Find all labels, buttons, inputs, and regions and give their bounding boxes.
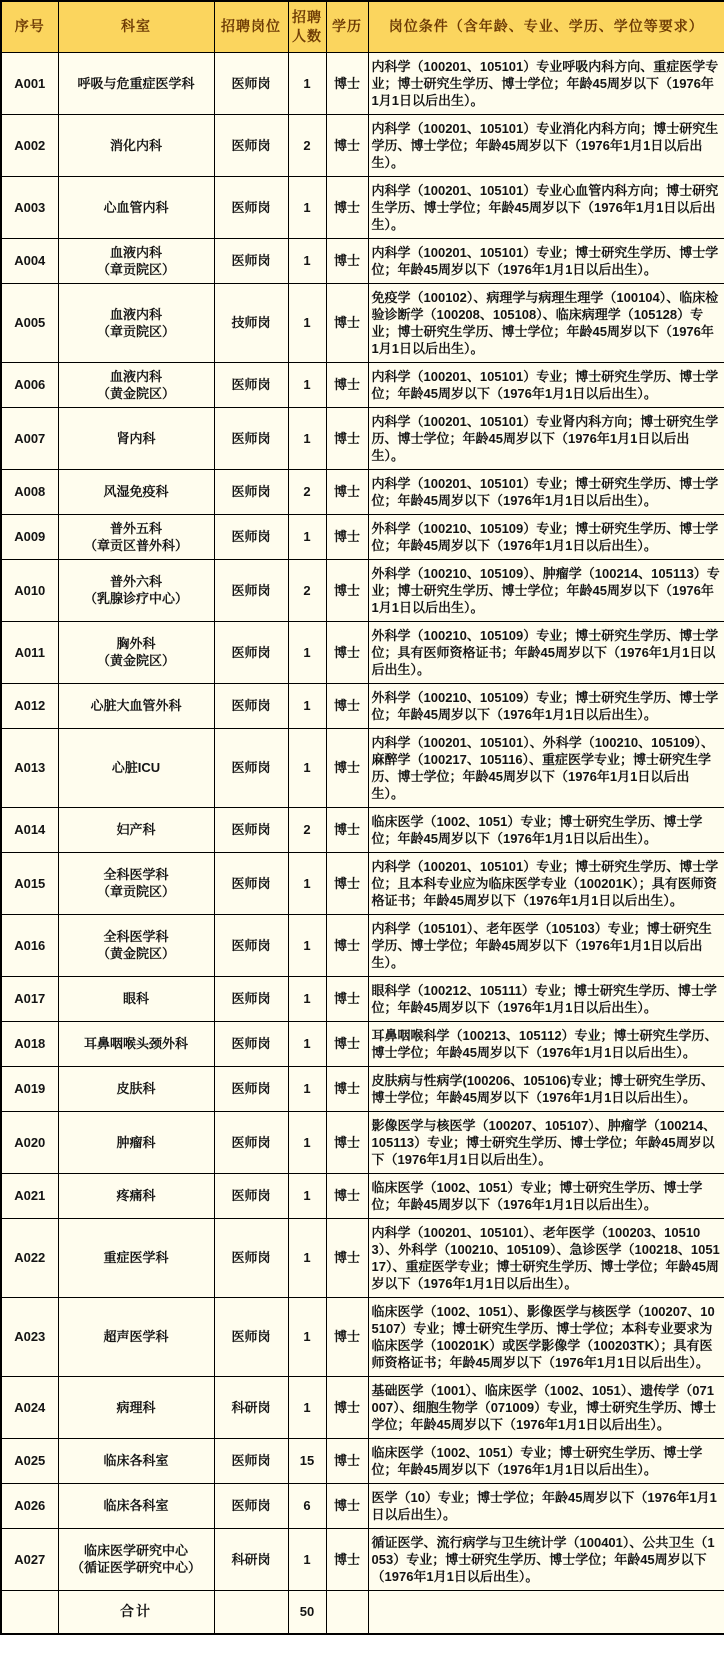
total-serial-cell (1, 1590, 58, 1634)
table-row: A018 耳鼻咽喉头颈外科 医师岗 1 博士 耳鼻咽喉科学（100213、105… (1, 1021, 724, 1066)
cell-serial: A022 (1, 1218, 58, 1297)
cell-department: 血液内科 （章贡院区） (58, 238, 214, 283)
cell-serial: A027 (1, 1528, 58, 1590)
cell-count: 2 (288, 114, 326, 176)
cell-count: 1 (288, 1528, 326, 1590)
table-row: A027 临床医学研究中心 （循证医学研究中心） 科研岗 1 博士 循证医学、流… (1, 1528, 724, 1590)
cell-count: 2 (288, 469, 326, 514)
cell-degree: 博士 (326, 976, 368, 1021)
table-row: A020 肿瘤科 医师岗 1 博士 影像医学与核医学（100207、105107… (1, 1111, 724, 1173)
cell-degree: 博士 (326, 621, 368, 683)
cell-requirements: 皮肤病与性病学(100206、105106)专业；博士研究生学历、博士学位；年龄… (368, 1066, 724, 1111)
cell-count: 1 (288, 683, 326, 728)
cell-serial: A016 (1, 914, 58, 976)
cell-requirements: 临床医学（1002、1051）专业；博士研究生学历、博士学位；年龄45周岁以下（… (368, 1438, 724, 1483)
cell-department: 临床各科室 (58, 1483, 214, 1528)
table-row: A019 皮肤科 医师岗 1 博士 皮肤病与性病学(100206、105106)… (1, 1066, 724, 1111)
cell-requirements: 影像医学与核医学（100207、105107）、肿瘤学（100214、10511… (368, 1111, 724, 1173)
cell-post: 医师岗 (214, 514, 288, 559)
cell-serial: A024 (1, 1376, 58, 1438)
total-degree-cell (326, 1590, 368, 1634)
cell-department: 心血管内科 (58, 176, 214, 238)
cell-count: 1 (288, 362, 326, 407)
cell-degree: 博士 (326, 728, 368, 807)
header-serial: 序号 (1, 1, 58, 52)
cell-requirements: 外科学（100210、105109）、肿瘤学（100214、105113）专业；… (368, 559, 724, 621)
table-row: A017 眼科 医师岗 1 博士 眼科学（100212、105111）专业；博士… (1, 976, 724, 1021)
table-row: A015 全科医学科 （章贡院区） 医师岗 1 博士 内科学（100201、10… (1, 852, 724, 914)
table-row: A025 临床各科室 医师岗 15 博士 临床医学（1002、1051）专业；博… (1, 1438, 724, 1483)
cell-degree: 博士 (326, 176, 368, 238)
cell-requirements: 内科学（100201、105101）、老年医学（100203、105103）、外… (368, 1218, 724, 1297)
cell-count: 1 (288, 52, 326, 114)
cell-degree: 博士 (326, 683, 368, 728)
cell-post: 医师岗 (214, 407, 288, 469)
cell-post: 医师岗 (214, 1066, 288, 1111)
cell-post: 医师岗 (214, 852, 288, 914)
cell-serial: A013 (1, 728, 58, 807)
cell-requirements: 临床医学（1002、1051）专业；博士研究生学历、博士学位；年龄45周岁以下（… (368, 1173, 724, 1218)
cell-post: 医师岗 (214, 114, 288, 176)
table-row: A010 普外六科 （乳腺诊疗中心） 医师岗 2 博士 外科学（100210、1… (1, 559, 724, 621)
cell-requirements: 内科学（100201、105101）专业肾内科方向；博士研究生学历、博士学位；年… (368, 407, 724, 469)
cell-degree: 博士 (326, 362, 368, 407)
cell-department: 耳鼻咽喉头颈外科 (58, 1021, 214, 1066)
cell-serial: A005 (1, 283, 58, 362)
cell-requirements: 眼科学（100212、105111）专业；博士研究生学历、博士学位；年龄45周岁… (368, 976, 724, 1021)
cell-degree: 博士 (326, 238, 368, 283)
cell-department: 全科医学科 （章贡院区） (58, 852, 214, 914)
cell-serial: A023 (1, 1297, 58, 1376)
cell-requirements: 内科学（105101）、老年医学（105103）专业；博士研究生学历、博士学位；… (368, 914, 724, 976)
cell-serial: A007 (1, 407, 58, 469)
cell-serial: A011 (1, 621, 58, 683)
cell-degree: 博士 (326, 914, 368, 976)
cell-department: 普外六科 （乳腺诊疗中心） (58, 559, 214, 621)
cell-count: 1 (288, 1376, 326, 1438)
cell-degree: 博士 (326, 514, 368, 559)
table-row: A022 重症医学科 医师岗 1 博士 内科学（100201、105101）、老… (1, 1218, 724, 1297)
cell-department: 全科医学科 （黄金院区） (58, 914, 214, 976)
header-requirements: 岗位条件（含年龄、专业、学历、学位等要求） (368, 1, 724, 52)
cell-post: 医师岗 (214, 728, 288, 807)
recruitment-table: 序号 科室 招聘岗位 招聘人数 学历 岗位条件（含年龄、专业、学历、学位等要求）… (0, 0, 724, 1635)
cell-serial: A019 (1, 1066, 58, 1111)
cell-post: 医师岗 (214, 621, 288, 683)
cell-count: 1 (288, 1173, 326, 1218)
cell-department: 临床各科室 (58, 1438, 214, 1483)
table-row: A011 胸外科 （黄金院区） 医师岗 1 博士 外科学（100210、1051… (1, 621, 724, 683)
cell-count: 1 (288, 1021, 326, 1066)
cell-department: 心脏ICU (58, 728, 214, 807)
cell-requirements: 内科学（100201、105101）专业；博士研究生学历、博士学位；年龄45周岁… (368, 238, 724, 283)
cell-requirements: 临床医学（1002、1051）、影像医学与核医学（100207、105107）专… (368, 1297, 724, 1376)
cell-count: 6 (288, 1483, 326, 1528)
cell-degree: 博士 (326, 807, 368, 852)
header-department: 科室 (58, 1, 214, 52)
table-footer: 合计 50 (1, 1590, 724, 1634)
page: 序号 科室 招聘岗位 招聘人数 学历 岗位条件（含年龄、专业、学历、学位等要求）… (0, 0, 724, 1635)
cell-department: 消化内科 (58, 114, 214, 176)
cell-degree: 博士 (326, 469, 368, 514)
table-row: A024 病理科 科研岗 1 博士 基础医学（1001）、临床医学（1002、1… (1, 1376, 724, 1438)
table-row: A007 肾内科 医师岗 1 博士 内科学（100201、105101）专业肾内… (1, 407, 724, 469)
table-row: A023 超声医学科 医师岗 1 博士 临床医学（1002、1051）、影像医学… (1, 1297, 724, 1376)
cell-count: 1 (288, 176, 326, 238)
cell-serial: A014 (1, 807, 58, 852)
cell-post: 科研岗 (214, 1376, 288, 1438)
cell-post: 医师岗 (214, 1021, 288, 1066)
cell-degree: 博士 (326, 1297, 368, 1376)
cell-degree: 博士 (326, 1376, 368, 1438)
cell-post: 医师岗 (214, 1218, 288, 1297)
total-row: 合计 50 (1, 1590, 724, 1634)
table-body: A001 呼吸与危重症医学科 医师岗 1 博士 内科学（100201、10510… (1, 52, 724, 1590)
cell-count: 1 (288, 728, 326, 807)
cell-count: 1 (288, 1297, 326, 1376)
cell-serial: A021 (1, 1173, 58, 1218)
table-row: A003 心血管内科 医师岗 1 博士 内科学（100201、105101）专业… (1, 176, 724, 238)
cell-degree: 博士 (326, 559, 368, 621)
cell-count: 1 (288, 283, 326, 362)
cell-requirements: 内科学（100201、105101）专业；博士研究生学历、博士学位；年龄45周岁… (368, 469, 724, 514)
cell-post: 技师岗 (214, 283, 288, 362)
cell-post: 医师岗 (214, 362, 288, 407)
cell-serial: A026 (1, 1483, 58, 1528)
table-row: A021 疼痛科 医师岗 1 博士 临床医学（1002、1051）专业；博士研究… (1, 1173, 724, 1218)
cell-post: 医师岗 (214, 469, 288, 514)
table-row: A009 普外五科 （章贡区普外科） 医师岗 1 博士 外科学（100210、1… (1, 514, 724, 559)
cell-serial: A009 (1, 514, 58, 559)
cell-serial: A010 (1, 559, 58, 621)
cell-department: 超声医学科 (58, 1297, 214, 1376)
table-row: A002 消化内科 医师岗 2 博士 内科学（100201、105101）专业消… (1, 114, 724, 176)
cell-department: 风湿免疫科 (58, 469, 214, 514)
cell-serial: A003 (1, 176, 58, 238)
cell-count: 1 (288, 976, 326, 1021)
cell-degree: 博士 (326, 1021, 368, 1066)
cell-requirements: 内科学（100201、105101）、外科学（100210、105109）、麻醉… (368, 728, 724, 807)
cell-department: 临床医学研究中心 （循证医学研究中心） (58, 1528, 214, 1590)
header-post: 招聘岗位 (214, 1, 288, 52)
cell-requirements: 外科学（100210、105109）专业；博士研究生学历、博士学位；具有医师资格… (368, 621, 724, 683)
cell-department: 病理科 (58, 1376, 214, 1438)
cell-serial: A002 (1, 114, 58, 176)
cell-department: 重症医学科 (58, 1218, 214, 1297)
cell-degree: 博士 (326, 407, 368, 469)
cell-serial: A006 (1, 362, 58, 407)
cell-degree: 博士 (326, 1483, 368, 1528)
cell-serial: A015 (1, 852, 58, 914)
cell-count: 1 (288, 238, 326, 283)
cell-degree: 博士 (326, 283, 368, 362)
cell-department: 眼科 (58, 976, 214, 1021)
cell-count: 15 (288, 1438, 326, 1483)
cell-degree: 博士 (326, 1528, 368, 1590)
cell-degree: 博士 (326, 1066, 368, 1111)
cell-count: 1 (288, 852, 326, 914)
cell-serial: A001 (1, 52, 58, 114)
cell-post: 医师岗 (214, 807, 288, 852)
cell-serial: A018 (1, 1021, 58, 1066)
cell-requirements: 免疫学（100102）、病理学与病理生理学（100104）、临床检验诊断学（10… (368, 283, 724, 362)
table-row: A004 血液内科 （章贡院区） 医师岗 1 博士 内科学（100201、105… (1, 238, 724, 283)
cell-serial: A008 (1, 469, 58, 514)
cell-requirements: 耳鼻咽喉科学（100213、105112）专业；博士研究生学历、博士学位；年龄4… (368, 1021, 724, 1066)
cell-department: 普外五科 （章贡区普外科） (58, 514, 214, 559)
cell-post: 医师岗 (214, 914, 288, 976)
cell-degree: 博士 (326, 114, 368, 176)
cell-post: 科研岗 (214, 1528, 288, 1590)
cell-degree: 博士 (326, 1218, 368, 1297)
cell-requirements: 内科学（100201、105101）专业；博士研究生学历、博士学位；年龄45周岁… (368, 362, 724, 407)
cell-requirements: 外科学（100210、105109）专业；博士研究生学历、博士学位；年龄45周岁… (368, 514, 724, 559)
cell-degree: 博士 (326, 1438, 368, 1483)
header-degree: 学历 (326, 1, 368, 52)
cell-count: 1 (288, 1111, 326, 1173)
cell-serial: A004 (1, 238, 58, 283)
table-row: A012 心脏大血管外科 医师岗 1 博士 外科学（100210、105109）… (1, 683, 724, 728)
cell-degree: 博士 (326, 1173, 368, 1218)
table-row: A005 血液内科 （章贡院区） 技师岗 1 博士 免疫学（100102）、病理… (1, 283, 724, 362)
total-requirements-cell (368, 1590, 724, 1634)
cell-count: 1 (288, 514, 326, 559)
table-header: 序号 科室 招聘岗位 招聘人数 学历 岗位条件（含年龄、专业、学历、学位等要求） (1, 1, 724, 52)
table-row: A016 全科医学科 （黄金院区） 医师岗 1 博士 内科学（105101）、老… (1, 914, 724, 976)
cell-requirements: 医学（10）专业；博士学位；年龄45周岁以下（1976年1月1日以后出生）。 (368, 1483, 724, 1528)
header-count: 招聘人数 (288, 1, 326, 52)
cell-requirements: 内科学（100201、105101）专业；博士研究生学历、博士学位；且本科专业应… (368, 852, 724, 914)
cell-serial: A025 (1, 1438, 58, 1483)
cell-degree: 博士 (326, 852, 368, 914)
total-label: 合计 (58, 1590, 214, 1634)
cell-requirements: 内科学（100201、105101）专业心血管内科方向；博士研究生学历、博士学位… (368, 176, 724, 238)
total-count: 50 (288, 1590, 326, 1634)
cell-count: 2 (288, 807, 326, 852)
cell-requirements: 临床医学（1002、1051）专业；博士研究生学历、博士学位；年龄45周岁以下（… (368, 807, 724, 852)
table-row: A008 风湿免疫科 医师岗 2 博士 内科学（100201、105101）专业… (1, 469, 724, 514)
cell-serial: A017 (1, 976, 58, 1021)
cell-post: 医师岗 (214, 52, 288, 114)
cell-department: 妇产科 (58, 807, 214, 852)
cell-post: 医师岗 (214, 176, 288, 238)
cell-requirements: 外科学（100210、105109）专业；博士研究生学历、博士学位；年龄45周岁… (368, 683, 724, 728)
cell-count: 1 (288, 1066, 326, 1111)
total-post-cell (214, 1590, 288, 1634)
table-row: A001 呼吸与危重症医学科 医师岗 1 博士 内科学（100201、10510… (1, 52, 724, 114)
cell-serial: A020 (1, 1111, 58, 1173)
cell-degree: 博士 (326, 52, 368, 114)
cell-post: 医师岗 (214, 1297, 288, 1376)
table-row: A006 血液内科 （黄金院区） 医师岗 1 博士 内科学（100201、105… (1, 362, 724, 407)
table-row: A014 妇产科 医师岗 2 博士 临床医学（1002、1051）专业；博士研究… (1, 807, 724, 852)
cell-post: 医师岗 (214, 683, 288, 728)
cell-department: 呼吸与危重症医学科 (58, 52, 214, 114)
cell-count: 1 (288, 621, 326, 683)
cell-post: 医师岗 (214, 1173, 288, 1218)
cell-count: 1 (288, 1218, 326, 1297)
table-row: A026 临床各科室 医师岗 6 博士 医学（10）专业；博士学位；年龄45周岁… (1, 1483, 724, 1528)
cell-serial: A012 (1, 683, 58, 728)
cell-department: 血液内科 （黄金院区） (58, 362, 214, 407)
cell-count: 2 (288, 559, 326, 621)
cell-post: 医师岗 (214, 1111, 288, 1173)
table-row: A013 心脏ICU 医师岗 1 博士 内科学（100201、105101）、外… (1, 728, 724, 807)
cell-requirements: 内科学（100201、105101）专业呼吸内科方向、重症医学专业；博士研究生学… (368, 52, 724, 114)
cell-department: 疼痛科 (58, 1173, 214, 1218)
cell-department: 血液内科 （章贡院区） (58, 283, 214, 362)
cell-requirements: 循证医学、流行病学与卫生统计学（100401）、公共卫生（1053）专业；博士研… (368, 1528, 724, 1590)
cell-post: 医师岗 (214, 238, 288, 283)
cell-requirements: 基础医学（1001）、临床医学（1002、1051）、遗传学（071007）、细… (368, 1376, 724, 1438)
cell-post: 医师岗 (214, 559, 288, 621)
header-row: 序号 科室 招聘岗位 招聘人数 学历 岗位条件（含年龄、专业、学历、学位等要求） (1, 1, 724, 52)
cell-department: 胸外科 （黄金院区） (58, 621, 214, 683)
cell-post: 医师岗 (214, 1483, 288, 1528)
cell-department: 皮肤科 (58, 1066, 214, 1111)
cell-post: 医师岗 (214, 976, 288, 1021)
cell-count: 1 (288, 407, 326, 469)
cell-requirements: 内科学（100201、105101）专业消化内科方向；博士研究生学历、博士学位；… (368, 114, 724, 176)
cell-department: 心脏大血管外科 (58, 683, 214, 728)
cell-post: 医师岗 (214, 1438, 288, 1483)
cell-department: 肾内科 (58, 407, 214, 469)
cell-count: 1 (288, 914, 326, 976)
cell-department: 肿瘤科 (58, 1111, 214, 1173)
cell-degree: 博士 (326, 1111, 368, 1173)
